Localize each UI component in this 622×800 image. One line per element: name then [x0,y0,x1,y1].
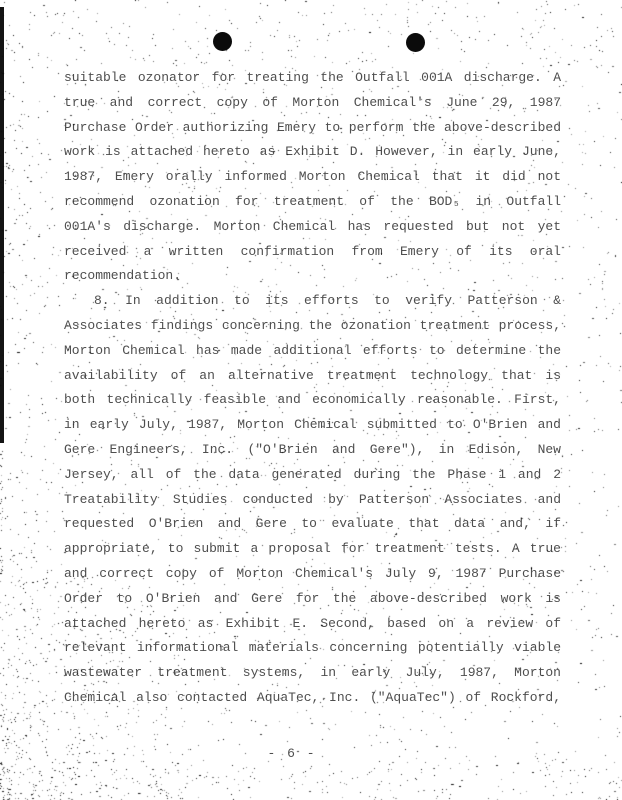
document-line: received a written confirmation from Eme… [64,240,561,265]
hole-punch-mark-left [213,32,232,51]
document-line: Purchase Order authorizing Emery to perf… [64,116,561,141]
document-line: relevant informational materials concern… [64,636,561,661]
document-line: Jersey, all of the data generated during… [64,463,561,488]
hole-punch-mark-right [406,33,425,52]
scanned-document-page: suitable ozonator for treating the Outfa… [0,0,622,800]
document-line: 8. In addition to its efforts to verify … [64,289,561,314]
document-line: requested O'Brien and Gere to evaluate t… [64,512,561,537]
document-line: Morton Chemical has made additional effo… [64,339,561,364]
document-line: work is attached hereto as Exhibit D. Ho… [64,140,561,165]
document-line: and correct copy of Morton Chemical's Ju… [64,562,561,587]
document-line: true and correct copy of Morton Chemical… [64,91,561,116]
document-line: Gere Engineers, Inc. ("O'Brien and Gere"… [64,438,561,463]
document-body-text: suitable ozonator for treating the Outfa… [64,66,561,711]
document-line: recommend ozonation for treatment of the… [64,190,561,215]
document-line: in early July, 1987, Morton Chemical sub… [64,413,561,438]
document-line: 001A's discharge. Morton Chemical has re… [64,215,561,240]
document-line: appropriate, to submit a proposal for tr… [64,537,561,562]
document-line: Associates findings concerning the ozona… [64,314,561,339]
document-line: 1987, Emery orally informed Morton Chemi… [64,165,561,190]
document-line: availability of an alternative treatment… [64,364,561,389]
document-line: attached hereto as Exhibit E. Second, ba… [64,612,561,637]
binding-edge-bar [0,7,4,443]
document-line: Treatability Studies conducted by Patter… [64,488,561,513]
document-line: Chemical also contacted AquaTec, Inc. ("… [64,686,561,711]
document-line: recommendation. [64,264,561,289]
document-line: Order to O'Brien and Gere for the above-… [64,587,561,612]
document-line: wastewater treatment systems, in early J… [64,661,561,686]
page-number: - 6 - [232,746,352,761]
document-line: suitable ozonator for treating the Outfa… [64,66,561,91]
document-line: both technically feasible and economical… [64,388,561,413]
